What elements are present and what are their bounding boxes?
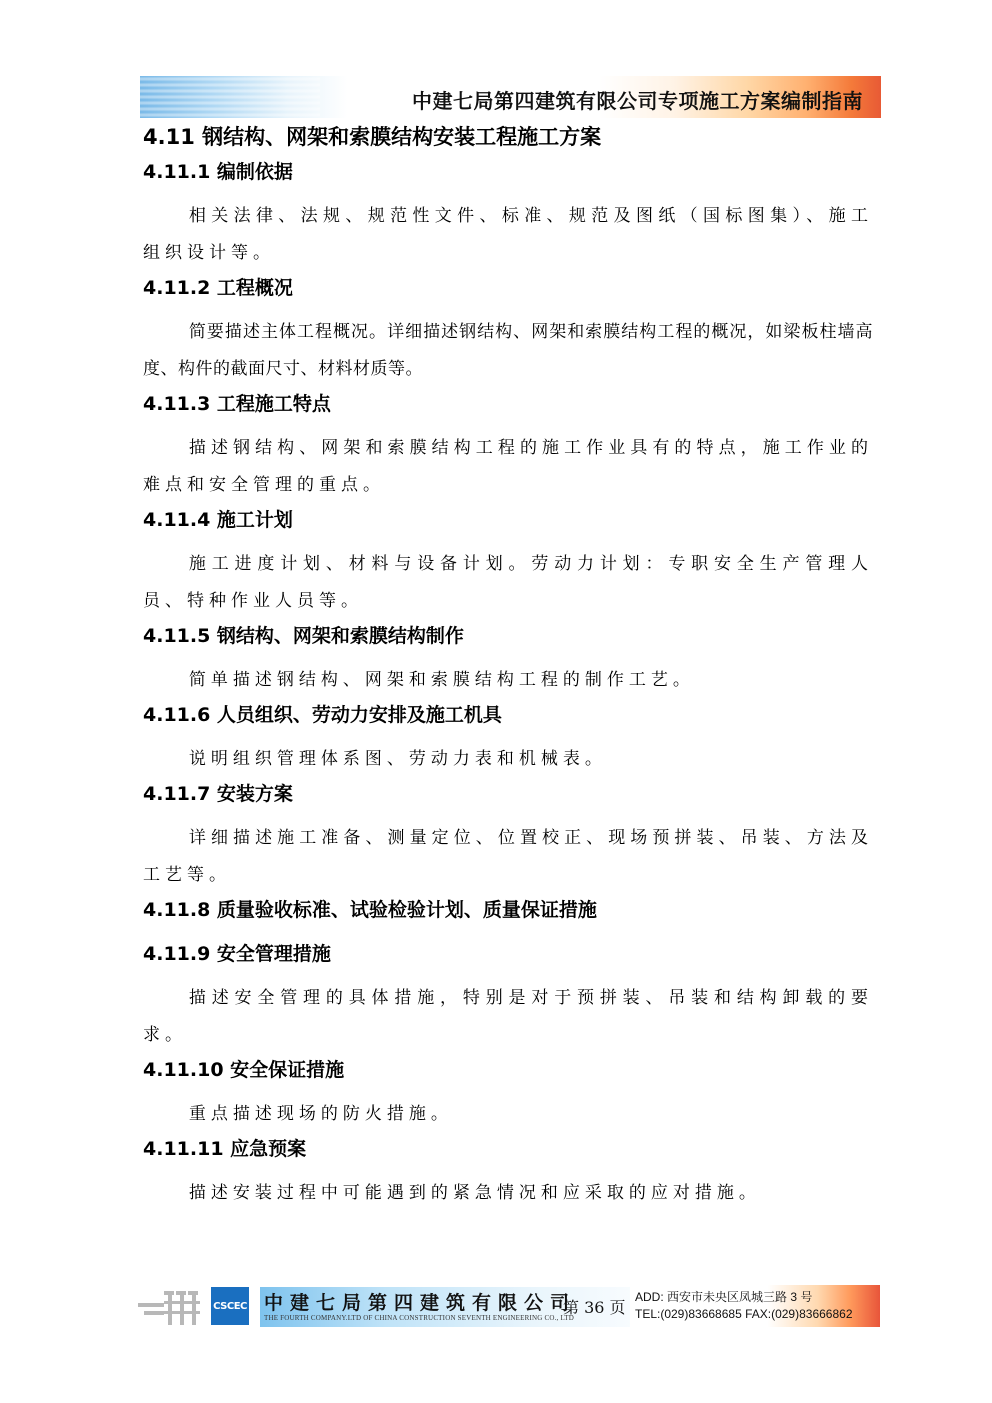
- section-heading-4-11-10: 4.11.10 安全保证措施: [143, 1054, 873, 1086]
- main-heading: 4.11 钢结构、网架和索膜结构安装工程施工方案: [143, 118, 873, 156]
- section-body-4-11-10: 重点描述现场的防火措施。: [143, 1096, 873, 1133]
- company-phone-fax: TEL:(029)83668685 FAX:(029)83666862: [635, 1307, 853, 1321]
- section-heading-4-11-11: 4.11.11 应急预案: [143, 1133, 873, 1165]
- company-stripe-logo-icon: [138, 1289, 200, 1325]
- page-header-banner: 中建七局第四建筑有限公司专项施工方案编制指南: [140, 76, 881, 118]
- section-spacer: [143, 926, 873, 938]
- company-address: ADD: 西安市未央区凤城三路 3 号: [635, 1288, 812, 1305]
- document-body: 4.11 钢结构、网架和索膜结构安装工程施工方案 4.11.1 编制依据 相关法…: [143, 118, 873, 1212]
- company-name-en: THE FOURTH COMPANY.LTD OF CHINA CONSTRUC…: [264, 1314, 574, 1322]
- section-heading-4-11-4: 4.11.4 施工计划: [143, 504, 873, 536]
- section-body-4-11-7: 详细描述施工准备、测量定位、位置校正、现场预拼装、吊装、方法及工艺等。: [143, 820, 873, 894]
- section-body-4-11-6: 说明组织管理体系图、劳动力表和机械表。: [143, 741, 873, 778]
- cscec-logo-icon: CSCEC: [211, 1287, 249, 1325]
- section-body-4-11-4: 施工进度计划、材料与设备计划。劳动力计划：专职安全生产管理人员、特种作业人员等。: [143, 546, 873, 620]
- section-body-4-11-5: 简单描述钢结构、网架和索膜结构工程的制作工艺。: [143, 662, 873, 699]
- company-name-cn: 中建七局第四建筑有限公司: [264, 1288, 576, 1315]
- section-body-4-11-2: 简要描述主体工程概况。详细描述钢结构、网架和索膜结构工程的概况，如梁板柱墙高度、…: [143, 314, 873, 388]
- section-body-4-11-3: 描述钢结构、网架和索膜结构工程的施工作业具有的特点，施工作业的难点和安全管理的重…: [143, 430, 873, 504]
- section-heading-4-11-1: 4.11.1 编制依据: [143, 156, 873, 188]
- section-body-4-11-9: 描述安全管理的具体措施，特别是对于预拼装、吊装和结构卸载的要求。: [143, 980, 873, 1054]
- header-title: 中建七局第四建筑有限公司专项施工方案编制指南: [412, 85, 863, 114]
- contact-banner: ADD: 西安市未央区凤城三路 3 号 TEL:(029)83668685 FA…: [630, 1285, 880, 1327]
- section-heading-4-11-6: 4.11.6 人员组织、劳动力安排及施工机具: [143, 699, 873, 731]
- section-heading-4-11-8: 4.11.8 质量验收标准、试验检验计划、质量保证措施: [143, 894, 873, 926]
- section-heading-4-11-3: 4.11.3 工程施工特点: [143, 388, 873, 420]
- section-heading-4-11-5: 4.11.5 钢结构、网架和索膜结构制作: [143, 620, 873, 652]
- section-heading-4-11-7: 4.11.7 安装方案: [143, 778, 873, 810]
- section-body-4-11-1: 相关法律、法规、规范性文件、标准、规范及图纸（国标图集）、施工组织设计等。: [143, 198, 873, 272]
- page-footer: CSCEC 中建七局第四建筑有限公司 THE FOURTH COMPANY.LT…: [135, 1283, 885, 1331]
- section-heading-4-11-9: 4.11.9 安全管理措施: [143, 938, 873, 970]
- section-body-4-11-11: 描述安装过程中可能遇到的紧急情况和应采取的应对措施。: [143, 1175, 873, 1212]
- page-number: 第 36 页: [563, 1295, 626, 1318]
- section-heading-4-11-2: 4.11.2 工程概况: [143, 272, 873, 304]
